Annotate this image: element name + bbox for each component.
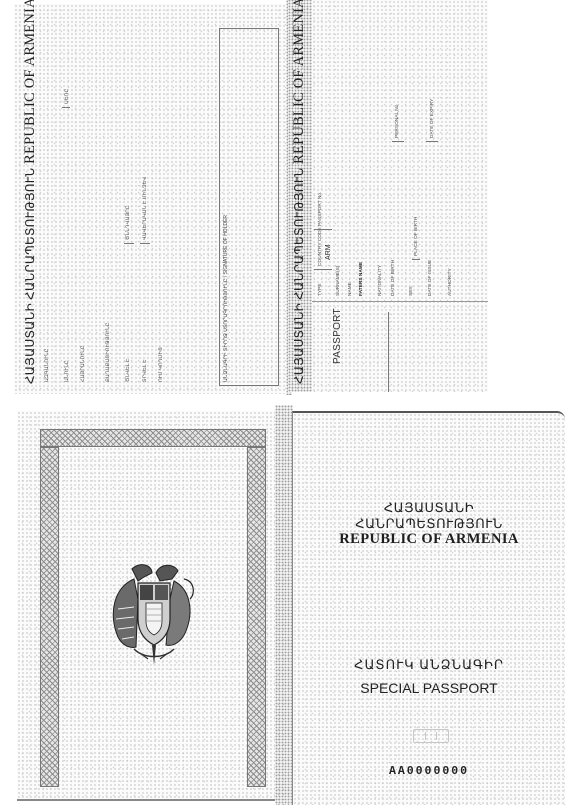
cover-country-armenian-line2: ՀԱՆՐԱՊԵՏՈՒԹՅՈՒՆ	[293, 516, 565, 532]
cover-document-type-armenian: ՀԱՏՈՒԿ ԱՆՁՆԱԳԻՐ	[293, 657, 565, 673]
title-english: REPUBLIC OF ARMENIA	[291, 0, 307, 164]
coat-of-arms-icon	[104, 559, 204, 669]
front-cover: ՀԱՅԱՍՏԱՆԻ ՀԱՆՐԱՊԵՏՈՒԹՅՈՒՆ REPUBLIC OF AR…	[292, 411, 565, 805]
serial-number: AA0000000	[293, 765, 565, 778]
title-english: REPUBLIC OF ARMENIA	[22, 0, 38, 164]
field-expiry-label: DATE OF EXPIRY	[430, 99, 435, 138]
signature-label: ԱՆՁՆԱԳՐԻ ՏԻՐՈՋ ՍՏՈՐԱԳՐՈՒԹՅՈՒՆԸ / SIGNATU…	[223, 215, 229, 382]
ornament-right	[247, 447, 266, 787]
cover-country-armenian-line1: ՀԱՅԱՍՏԱՆԻ	[293, 500, 565, 516]
title-armenian: ՀԱՅԱՍՏԱՆԻ ՀԱՆՐԱՊԵՏՈՒԹՅՈՒՆ	[23, 168, 37, 384]
biometric-chip-icon	[413, 729, 449, 743]
field-issued-label: ՏՐՎԵԼ Է	[142, 360, 148, 382]
cover-country-english: REPUBLIC OF ARMENIA	[293, 531, 565, 548]
data-page-back-title: ՀԱՅԱՍՏԱՆԻ ՀԱՆՐԱՊԵՏՈՒԹՅՈՒՆ REPUBLIC OF AR…	[22, 0, 39, 384]
passport-no-label: PASSPORT No.	[318, 192, 323, 226]
field-fathers-name-label: FATERS NAME	[359, 262, 364, 296]
country-code-label: COUNTRY CODE	[318, 227, 323, 266]
data-page-back: ՀԱՅԱՍՏԱՆԻ ՀԱՆՐԱՊԵՏՈՒԹՅՈՒՆ REPUBLIC OF AR…	[14, 4, 286, 394]
ornament-top	[40, 429, 266, 447]
field-dob-label: DATE OF BIRTH	[391, 260, 396, 296]
inner-cover	[17, 411, 295, 801]
field-authority-label: AUTHORITY	[448, 268, 453, 296]
field-name-label: ԱՆՈՒՆԸ	[64, 360, 70, 382]
country-code-value: ARM	[325, 244, 332, 260]
book-spine-bottom	[275, 405, 293, 805]
field-sex-label: SEX	[409, 286, 414, 296]
ornament-left	[40, 447, 59, 787]
title-strip: ՀԱՅԱՍՏԱՆԻ ՀԱՆՐԱՊԵՏՈՒԹՅՈՒՆ REPUBLIC OF AR…	[288, 0, 312, 392]
data-page: ՀԱՅԱՍՏԱՆԻ ՀԱՆՐԱՊԵՏՈՒԹՅՈՒՆ REPUBLIC OF AR…	[288, 0, 488, 392]
field-personal-no-label: PERSONAL No	[395, 105, 400, 138]
type-label: TYPE	[318, 283, 323, 296]
field-surname-label: SURNAME(S)	[336, 266, 341, 296]
field-born-label: ԾՆՎԵԼ Է	[125, 359, 131, 382]
field-place-of-birth-label: PLACE OF BIRTH	[414, 217, 419, 256]
field-patronymic-label: ՀԱՅՐԱՆՈՒՆԸ	[80, 345, 86, 382]
data-page-title: ՀԱՅԱՍՏԱՆԻ ՀԱՆՐԱՊԵՏՈՒԹՅՈՒՆ REPUBLIC OF AR…	[291, 0, 308, 384]
field-surname-label: ԱԶԳԱՆՈՒՆԸ	[44, 349, 50, 383]
title-armenian: ՀԱՅԱՍՏԱՆԻ ՀԱՆՐԱՊԵՏՈՒԹՅՈՒՆ	[292, 168, 306, 384]
field-issue-date-label: DATE OF ISSUE	[428, 260, 433, 296]
field-name-label: NAME	[348, 282, 353, 296]
passport-label: PASSPORT	[332, 308, 343, 364]
signature-box: ԱՆՁՆԱԳՐԻ ՏԻՐՈՋ ՍՏՈՐԱԳՐՈՒԹՅՈՒՆԸ / SIGNATU…	[219, 28, 279, 386]
field-sex-label: ՍԵՌԸ	[64, 89, 70, 104]
field-birthplace-label: ԾՆՆԴՎԱՅՐԸ	[125, 205, 131, 240]
field-nationality-label: NATIONALITY	[378, 265, 383, 296]
field-authority-label: ՈՒՄ ԿՈՂՄԻՑ	[158, 347, 164, 382]
cover-document-type-english: SPECIAL PASSPORT	[293, 680, 565, 696]
field-valid-until-label: ՎԱՎԵՐԱԿԱՆ Է ՄԻՆՉԵՎ	[142, 177, 148, 240]
page-edge	[17, 799, 295, 801]
field-citizenship-label: ՔԱՂԱՔԱՑԻՈՒԹՅՈՒՆԸ	[105, 322, 111, 382]
